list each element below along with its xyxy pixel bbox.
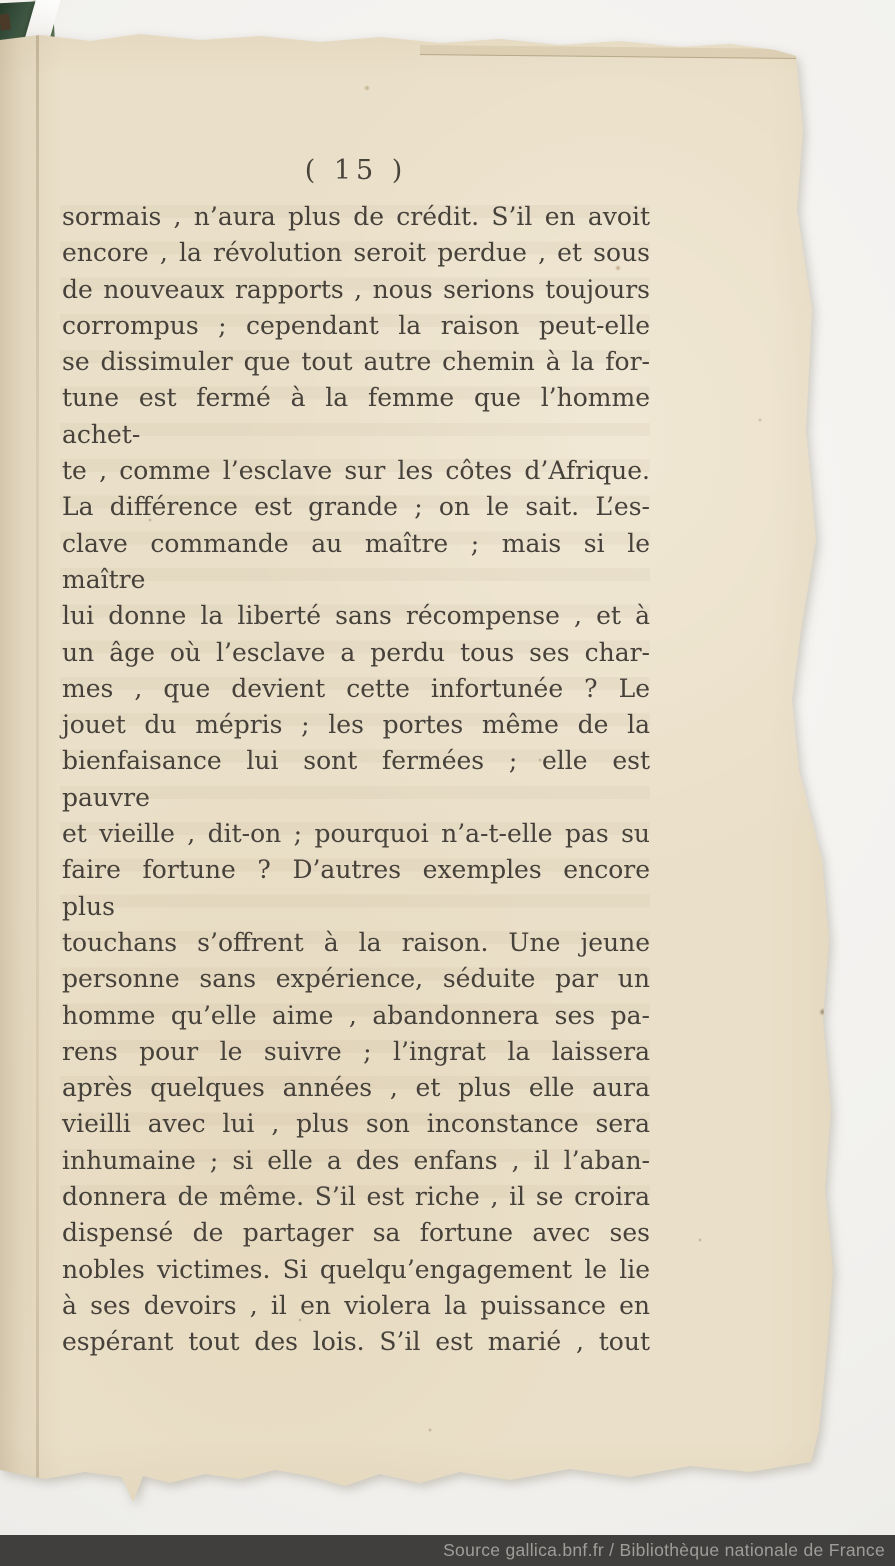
text-line: clave commande au maître ; mais si le ma… bbox=[62, 526, 650, 599]
text-line: jouet du mépris ; les portes même de la bbox=[62, 707, 650, 743]
source-attribution: Source gallica.bnf.fr / Bibliothèque nat… bbox=[443, 1540, 885, 1561]
text-line: après quelques années , et plus elle aur… bbox=[62, 1070, 650, 1106]
text-line: nobles victimes. Si quelqu’engagement le… bbox=[62, 1252, 650, 1288]
text-line: corrompus ; cependant la raison peut-ell… bbox=[62, 308, 650, 344]
text-line: espérant tout des lois. S’il est marié ,… bbox=[62, 1324, 650, 1360]
text-line: donnera de même. S’il est riche , il se … bbox=[62, 1179, 650, 1215]
text-line: homme qu’elle aime , abandonnera ses pa- bbox=[62, 998, 650, 1034]
text-line: te , comme l’esclave sur les côtes d’Afr… bbox=[62, 453, 650, 489]
text-line: rens pour le suivre ; l’ingrat la laisse… bbox=[62, 1034, 650, 1070]
text-line: et vieille , dit-on ; pourquoi n’a-t-ell… bbox=[62, 816, 650, 852]
text-line: tune est fermé à la femme que l’homme ac… bbox=[62, 380, 650, 453]
text-line: La différence est grande ; on le sait. L… bbox=[62, 489, 650, 525]
text-line: à ses devoirs , il en violera la puissan… bbox=[62, 1288, 650, 1324]
scanned-page-wrapper: ( 15 ) sormais , n’aura plus de crédit. … bbox=[0, 0, 895, 1566]
text-line: personne sans expérience, séduite par un bbox=[62, 961, 650, 997]
text-line: touchans s’offrent à la raison. Une jeun… bbox=[62, 925, 650, 961]
page-number: ( 15 ) bbox=[62, 155, 650, 186]
text-line: de nouveaux rapports , nous serions touj… bbox=[62, 272, 650, 308]
text-line: se dissimuler que tout autre chemin à la… bbox=[62, 344, 650, 380]
text-line: encore , la révolution seroit perdue , e… bbox=[62, 235, 650, 271]
source-footer-bar: Source gallica.bnf.fr / Bibliothèque nat… bbox=[0, 1535, 895, 1566]
text-line: lui donne la liberté sans récompense , e… bbox=[62, 598, 650, 634]
text-line: faire fortune ? D’autres exemples encore… bbox=[62, 852, 650, 925]
text-line: un âge où l’esclave a perdu tous ses cha… bbox=[62, 635, 650, 671]
text-line: bienfaisance lui sont fermées ; elle est… bbox=[62, 743, 650, 816]
text-line: dispensé de partager sa fortune avec ses bbox=[62, 1215, 650, 1251]
text-line: vieilli avec lui , plus son inconstance … bbox=[62, 1106, 650, 1142]
text-line: mes , que devient cette infortunée ? Le bbox=[62, 671, 650, 707]
text-line: sormais , n’aura plus de crédit. S’il en… bbox=[62, 199, 650, 235]
text-line: inhumaine ; si elle a des enfans , il l’… bbox=[62, 1143, 650, 1179]
book-page: ( 15 ) sormais , n’aura plus de crédit. … bbox=[0, 0, 895, 1566]
page-text: sormais , n’aura plus de crédit. S’il en… bbox=[62, 199, 650, 1361]
